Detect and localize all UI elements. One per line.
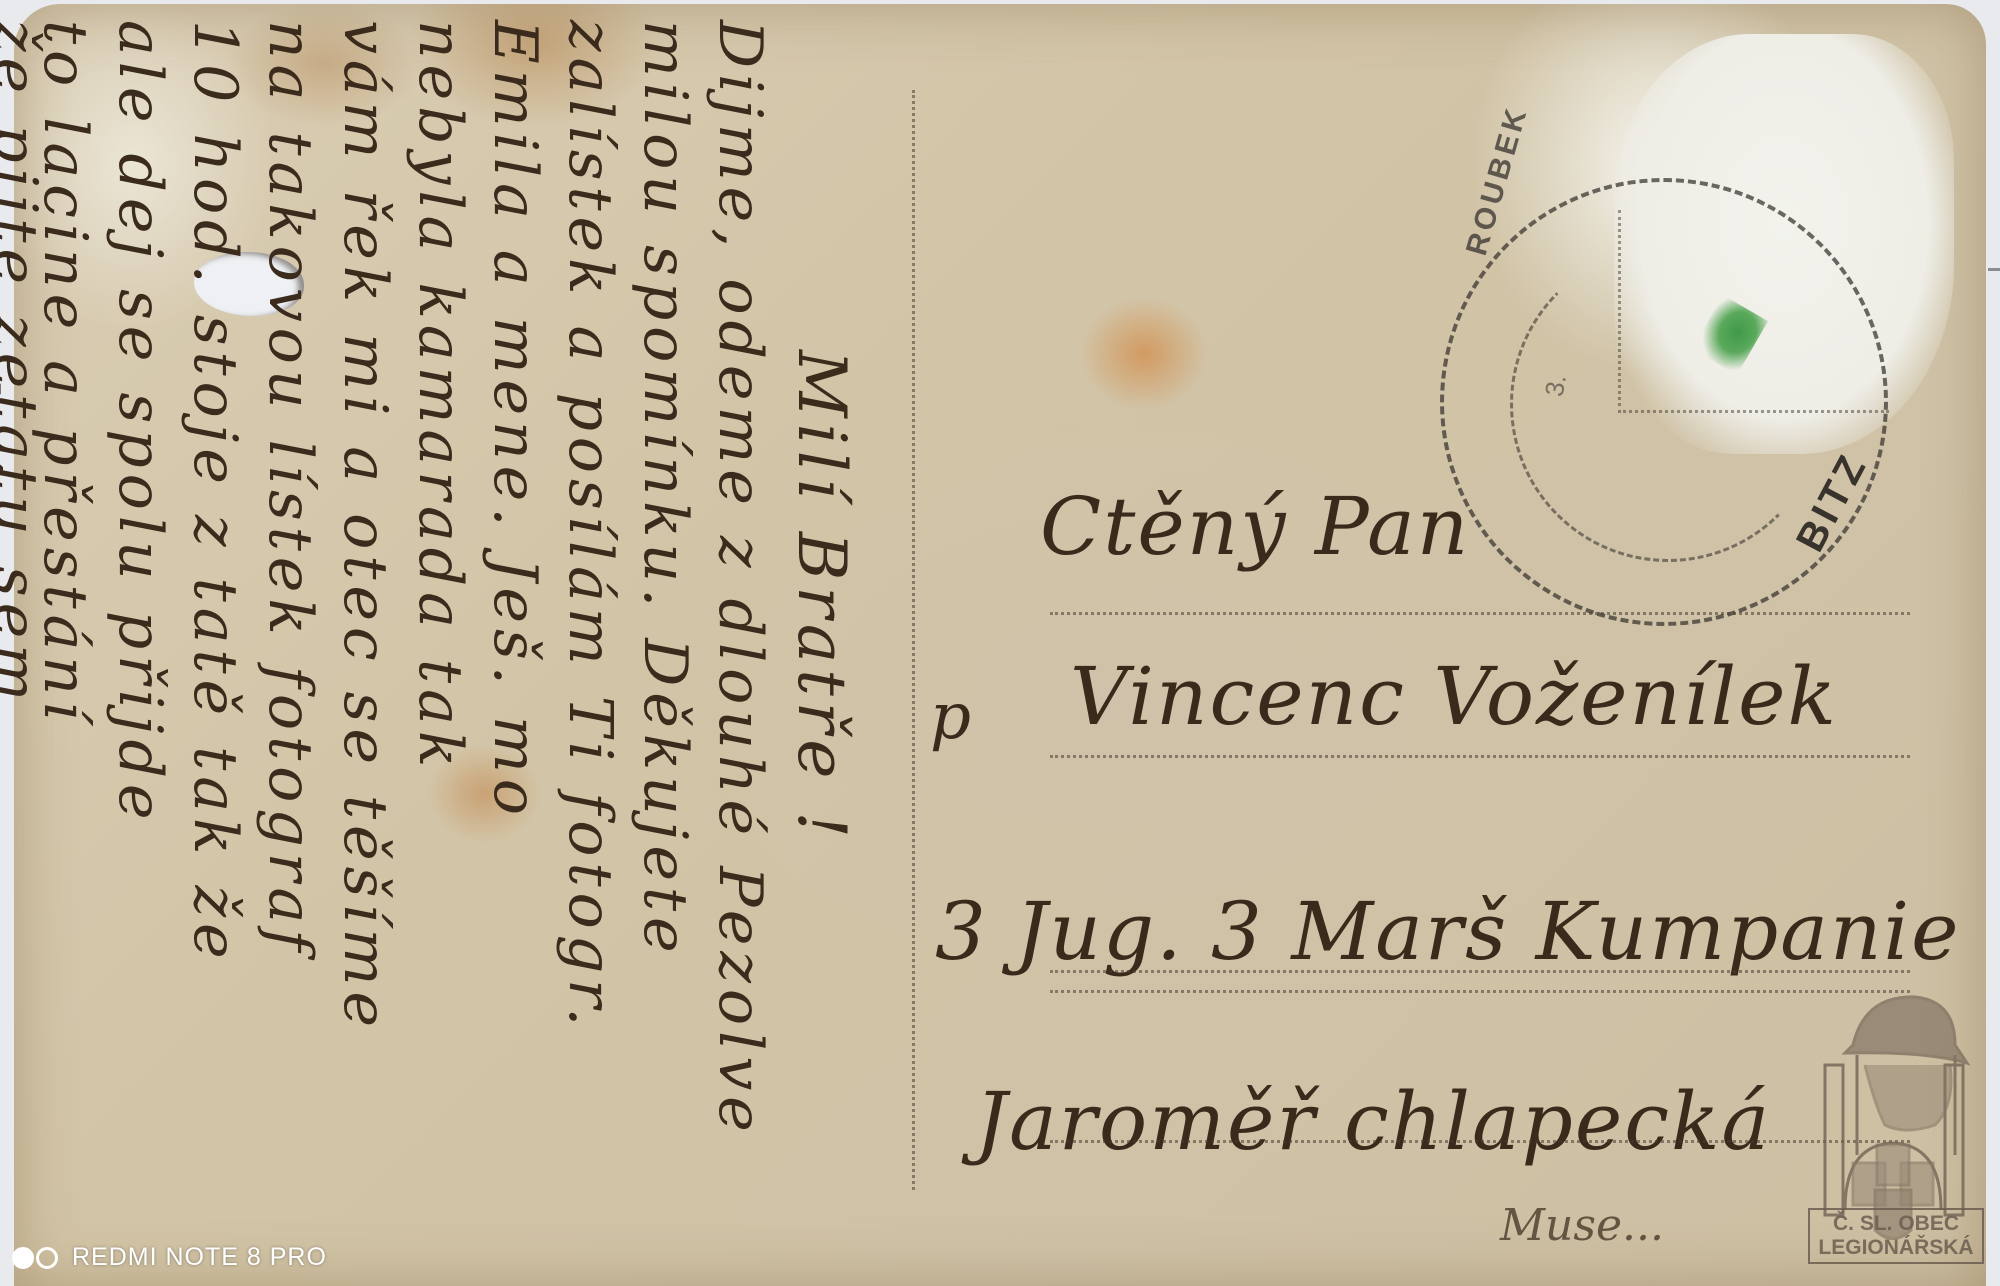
lens-dot-icon	[12, 1247, 34, 1269]
address-line-2: Vincenc Voženílek	[1070, 650, 1838, 743]
message-line: milou spomínku. Děkujete	[630, 20, 700, 959]
address-rule-3b	[1050, 990, 1910, 993]
address-line-3: 3 Jug. 3 Marš Kumpanie	[935, 885, 1960, 978]
camera-model-label: REDMI NOTE 8 PRO	[72, 1243, 327, 1272]
postmark-ring-inner	[1510, 246, 1826, 562]
message-line: tem na dolní ...	[0, 20, 10, 573]
message-line: Dijme, odeme z dlouhé Pezolve	[705, 20, 775, 1138]
lens-dot-icon	[36, 1247, 58, 1269]
message-line: ale dej se spolu přijde	[105, 20, 175, 826]
message-line: nebyla kamarada tak	[405, 20, 475, 773]
message-line: vám řek mi a otec se těšíme	[330, 20, 400, 1033]
postcard-divider	[912, 90, 915, 1190]
address-line-4: Jaroměř chlapecká	[975, 1075, 1771, 1168]
logo-line-2: LEGIONÁŘSKÁ	[1810, 1236, 1982, 1260]
message-line: Emila a mene. Ješ. mo	[480, 20, 550, 821]
message-line: 10 hod. stoje z tatě tak že	[180, 20, 250, 965]
message-salutation: Milí Bratře !	[783, 350, 860, 844]
message-line: zalístek a posílám Ti fotogr.	[555, 20, 625, 1032]
legion-logo-text: Č. SL. OBEC LEGIONÁŘSKÁ	[1808, 1208, 1984, 1264]
camera-watermark: REDMI NOTE 8 PRO	[12, 1243, 327, 1272]
background-edge	[1988, 268, 2000, 271]
message-line: na takovou lístek fotograf	[255, 20, 325, 957]
address-rule-4	[1050, 1140, 1910, 1143]
address-rule-3	[1050, 970, 1910, 973]
address-extra: Muse...	[1500, 1200, 1664, 1251]
logo-line-1: Č. SL. OBEC	[1810, 1212, 1982, 1236]
address-rule-1	[1050, 612, 1910, 615]
address-rule-2	[1050, 755, 1910, 758]
camera-lens-icon	[12, 1247, 58, 1269]
address-line-1: Ctěný Pan	[1040, 480, 1470, 573]
address-prefix: p	[930, 680, 971, 754]
